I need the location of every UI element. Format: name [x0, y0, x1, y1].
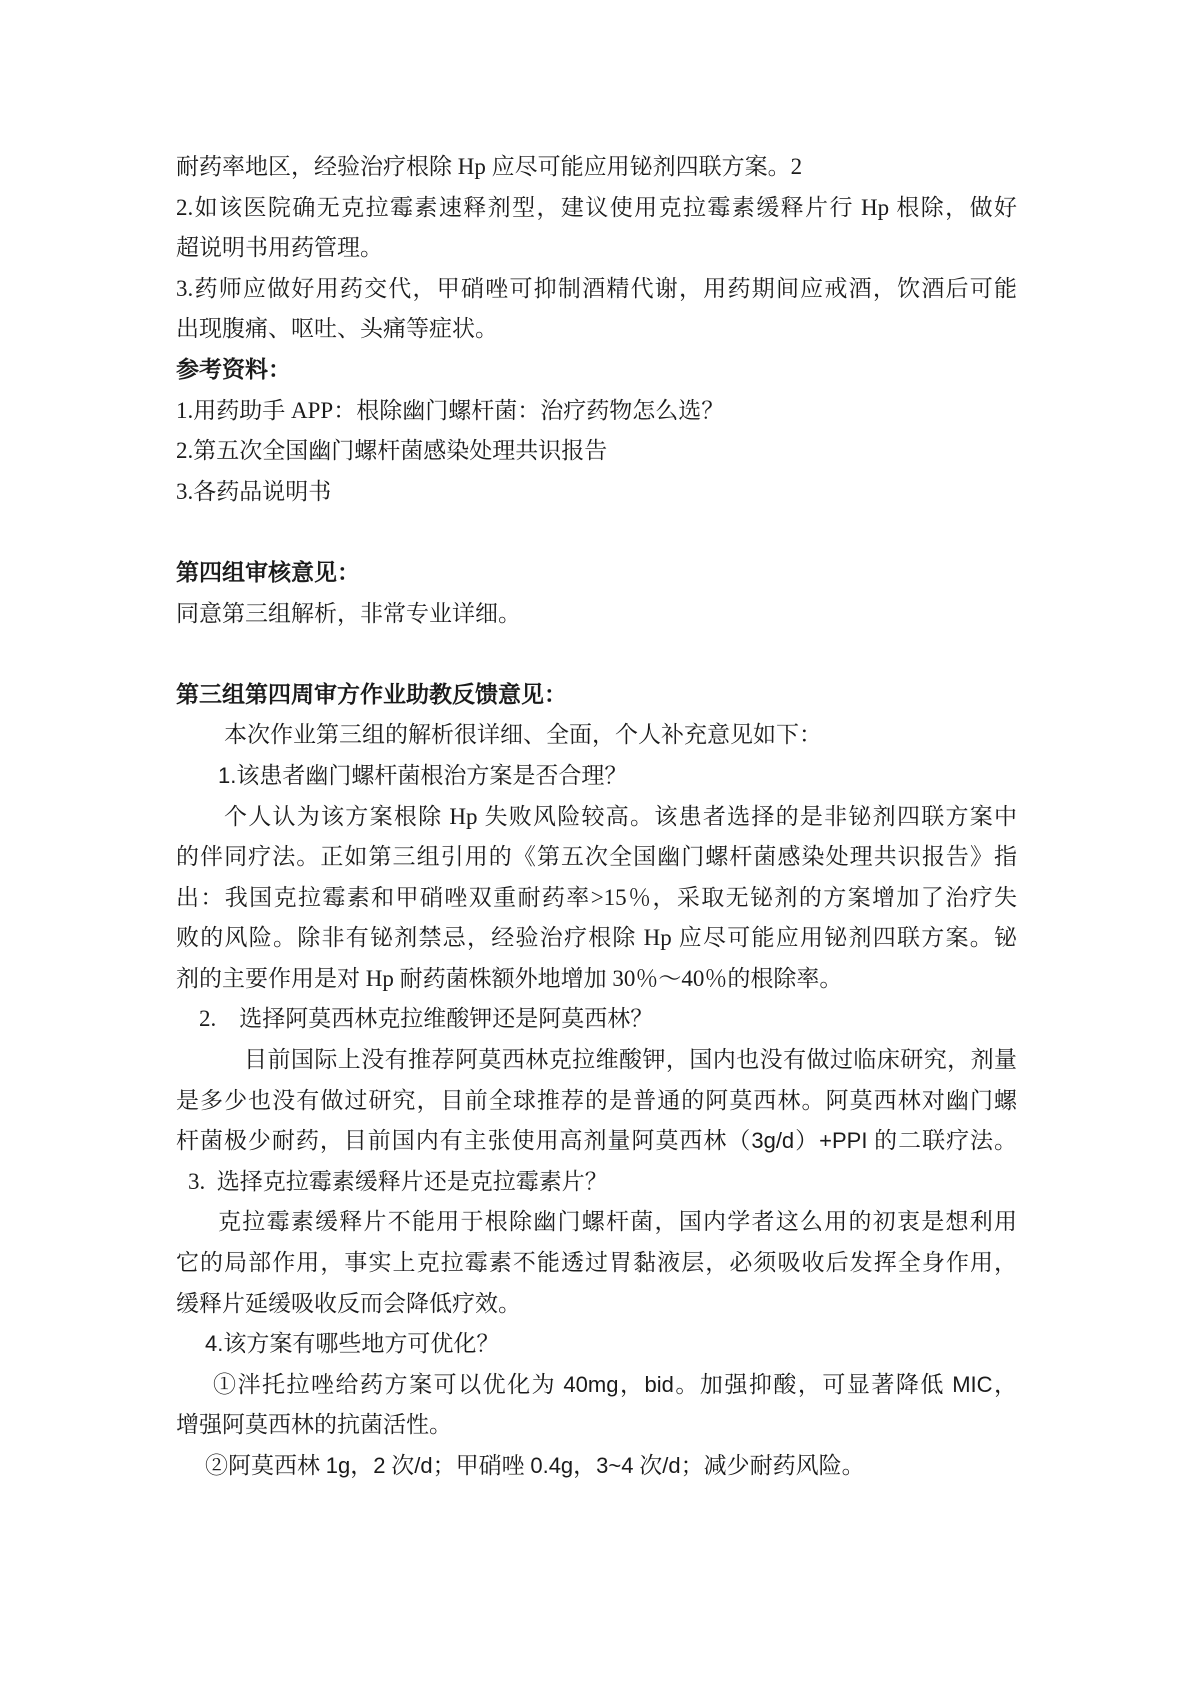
- text-run: 第三组第四周审方作业助教反馈意见：: [176, 682, 567, 707]
- text-run: 同意第三组解析，非常专业详细。: [176, 601, 521, 626]
- document-line: 4.该方案有哪些地方可优化？: [176, 1324, 1017, 1365]
- document-line: 3.各药品说明书: [176, 472, 1017, 513]
- text-run-latin: 40mg: [563, 1372, 618, 1397]
- text-run: 出现腹痛、呕吐、头痛等症状。: [176, 316, 498, 341]
- document-line: 第三组第四周审方作业助教反馈意见：: [176, 675, 1017, 716]
- text-run-latin: bid: [644, 1372, 673, 1397]
- document-body: 耐药率地区，经验治疗根除 Hp 应尽可能应用铋剂四联方案。22.如该医院确无克拉…: [176, 147, 1017, 1487]
- text-run: 出：我国克拉霉素和甲硝唑双重耐药率>15％，采取无铋剂的方案增加了治疗失: [176, 885, 1017, 910]
- text-run: 是多少也没有做过研究，目前全球推荐的是普通的阿莫西林。阿莫西林对幽门螺: [176, 1088, 1017, 1113]
- text-run: 剂的主要作用是对 Hp 耐药菌株额外地增加 30％～40％的根除率。: [176, 966, 842, 991]
- text-run: ）: [794, 1128, 819, 1153]
- blank-line: [176, 634, 1017, 675]
- text-run-latin: 0.4g: [530, 1453, 573, 1478]
- text-run: 的二联疗法。: [867, 1128, 1017, 1153]
- document-line: 缓释片延缓吸收反而会降低疗效。: [176, 1284, 1017, 1325]
- text-run-latin: 1.: [218, 763, 236, 788]
- text-run: 克拉霉素缓释片不能用于根除幽门螺杆菌，国内学者这么用的初衷是想利用: [218, 1209, 1017, 1234]
- document-line: 杆菌极少耐药，目前国内有主张使用高剂量阿莫西林（3g/d）+PPI 的二联疗法。: [176, 1121, 1017, 1162]
- text-run: 该患者幽门螺杆菌根治方案是否合理？: [236, 763, 627, 788]
- document-line: 出：我国克拉霉素和甲硝唑双重耐药率>15％，采取无铋剂的方案增加了治疗失: [176, 878, 1017, 919]
- document-line: 超说明书用药管理。: [176, 228, 1017, 269]
- document-line: 目前国际上没有推荐阿莫西林克拉维酸钾，国内也没有做过临床研究，剂量: [176, 1040, 1017, 1081]
- text-run-latin: +PPI: [819, 1128, 867, 1153]
- document-line: ①泮托拉唑给药方案可以优化为 40mg，bid。加强抑酸，可显著降低 MIC，: [176, 1365, 1017, 1406]
- document-line: 3.药师应做好用药交代，甲硝唑可抑制酒精代谢，用药期间应戒酒，饮酒后可能: [176, 269, 1017, 310]
- text-run: 1.用药助手 APP：根除幽门螺杆菌：治疗药物怎么选？: [176, 398, 724, 423]
- text-run-latin: 2: [373, 1453, 385, 1478]
- document-line: 同意第三组解析，非常专业详细。: [176, 594, 1017, 635]
- text-run-latin: /d: [414, 1453, 432, 1478]
- document-line: 出现腹痛、呕吐、头痛等症状。: [176, 309, 1017, 350]
- text-run: 第四组审核意见：: [176, 560, 360, 585]
- text-run: 它的局部作用，事实上克拉霉素不能透过胃黏液层，必须吸收后发挥全身作用，: [176, 1250, 1017, 1275]
- text-run: ；减少耐药风险。: [681, 1453, 865, 1478]
- text-run-latin: 3g/d: [751, 1128, 794, 1153]
- document-line: 克拉霉素缓释片不能用于根除幽门螺杆菌，国内学者这么用的初衷是想利用: [176, 1202, 1017, 1243]
- text-run: 参考资料：: [176, 357, 291, 382]
- text-run: 本次作业第三组的解析很详细、全面，个人补充意见如下：: [224, 722, 822, 747]
- document-page: 耐药率地区，经验治疗根除 Hp 应尽可能应用铋剂四联方案。22.如该医院确无克拉…: [0, 0, 1200, 1696]
- document-line: 增强阿莫西林的抗菌活性。: [176, 1405, 1017, 1446]
- document-line: 剂的主要作用是对 Hp 耐药菌株额外地增加 30％～40％的根除率。: [176, 959, 1017, 1000]
- text-run: ，: [618, 1372, 644, 1397]
- text-run-latin: /d: [662, 1453, 680, 1478]
- text-run: 。加强抑酸，可显著降低: [674, 1372, 952, 1397]
- document-line: 耐药率地区，经验治疗根除 Hp 应尽可能应用铋剂四联方案。2: [176, 147, 1017, 188]
- document-line: ②阿莫西林 1g，2 次/d；甲硝唑 0.4g，3~4 次/d；减少耐药风险。: [176, 1446, 1017, 1487]
- document-line: 本次作业第三组的解析很详细、全面，个人补充意见如下：: [176, 715, 1017, 756]
- text-run-latin: 3~4: [596, 1453, 633, 1478]
- text-run: ；甲硝唑: [433, 1453, 531, 1478]
- text-run: 增强阿莫西林的抗菌活性。: [176, 1412, 452, 1437]
- document-line: 参考资料：: [176, 350, 1017, 391]
- text-run-latin: MIC: [952, 1372, 992, 1397]
- document-line: 它的局部作用，事实上克拉霉素不能透过胃黏液层，必须吸收后发挥全身作用，: [176, 1243, 1017, 1284]
- text-run: 杆菌极少耐药，目前国内有主张使用高剂量阿莫西林（: [176, 1128, 751, 1153]
- text-run: ①泮托拉唑给药方案可以优化为: [213, 1372, 563, 1397]
- document-line: 2. 选择阿莫西林克拉维酸钾还是阿莫西林？: [176, 999, 1017, 1040]
- text-run: ②阿莫西林: [205, 1453, 326, 1478]
- document-line: 败的风险。除非有铋剂禁忌，经验治疗根除 Hp 应尽可能应用铋剂四联方案。铋: [176, 918, 1017, 959]
- text-run: 耐药率地区，经验治疗根除 Hp 应尽可能应用铋剂四联方案。2: [176, 154, 802, 179]
- text-run: ，: [350, 1453, 373, 1478]
- text-run: 2.第五次全国幽门螺杆菌感染处理共识报告: [176, 438, 607, 463]
- document-line: 3. 选择克拉霉素缓释片还是克拉霉素片？: [176, 1162, 1017, 1203]
- document-line: 2.如该医院确无克拉霉素速释剂型，建议使用克拉霉素缓释片行 Hp 根除，做好: [176, 188, 1017, 229]
- document-line: 的伴同疗法。正如第三组引用的《第五次全国幽门螺杆菌感染处理共识报告》指: [176, 837, 1017, 878]
- text-run: 3. 选择克拉霉素缓释片还是克拉霉素片？: [188, 1169, 608, 1194]
- text-run: 3.各药品说明书: [176, 479, 331, 504]
- document-line: 是多少也没有做过研究，目前全球推荐的是普通的阿莫西林。阿莫西林对幽门螺: [176, 1081, 1017, 1122]
- document-line: 1.该患者幽门螺杆菌根治方案是否合理？: [176, 756, 1017, 797]
- text-run: 2. 选择阿莫西林克拉维酸钾还是阿莫西林？: [199, 1006, 653, 1031]
- blank-line: [176, 512, 1017, 553]
- text-run: 次: [385, 1453, 414, 1478]
- text-run-latin: 4.: [205, 1331, 223, 1356]
- text-run: 超说明书用药管理。: [176, 235, 383, 260]
- text-run-latin: 1g: [326, 1453, 350, 1478]
- text-run: 缓释片延缓吸收反而会降低疗效。: [176, 1291, 521, 1316]
- document-line: 第四组审核意见：: [176, 553, 1017, 594]
- text-run: ，: [573, 1453, 596, 1478]
- document-line: 个人认为该方案根除 Hp 失败风险较高。该患者选择的是非铋剂四联方案中: [176, 797, 1017, 838]
- document-line: 1.用药助手 APP：根除幽门螺杆菌：治疗药物怎么选？: [176, 391, 1017, 432]
- text-run: 该方案有哪些地方可优化？: [223, 1331, 499, 1356]
- text-run: 败的风险。除非有铋剂禁忌，经验治疗根除 Hp 应尽可能应用铋剂四联方案。铋: [176, 925, 1017, 950]
- text-run: 3.药师应做好用药交代，甲硝唑可抑制酒精代谢，用药期间应戒酒，饮酒后可能: [176, 276, 1017, 301]
- text-run: 2.如该医院确无克拉霉素速释剂型，建议使用克拉霉素缓释片行 Hp 根除，做好: [176, 195, 1017, 220]
- text-run: 目前国际上没有推荐阿莫西林克拉维酸钾，国内也没有做过临床研究，剂量: [244, 1047, 1017, 1072]
- text-run: ，: [993, 1372, 1018, 1397]
- text-run: 的伴同疗法。正如第三组引用的《第五次全国幽门螺杆菌感染处理共识报告》指: [176, 844, 1017, 869]
- text-run: 个人认为该方案根除 Hp 失败风险较高。该患者选择的是非铋剂四联方案中: [224, 804, 1017, 829]
- text-run: 次: [634, 1453, 663, 1478]
- document-line: 2.第五次全国幽门螺杆菌感染处理共识报告: [176, 431, 1017, 472]
